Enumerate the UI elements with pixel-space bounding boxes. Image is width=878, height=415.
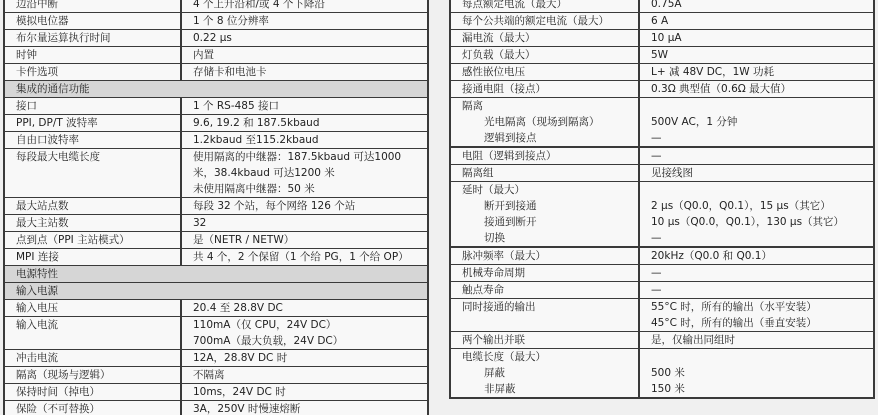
spec-sublabel: 接通到断开 [462, 214, 638, 230]
spec-label: 漏电流（最大） [450, 30, 639, 47]
spec-value: 110mA（仅 CPU，24V DC）700mA（最大负载，24V DC） [181, 317, 428, 350]
spec-value-line: 1 个 RS-485 接口 [193, 98, 427, 114]
spec-value-line: — [651, 148, 873, 164]
spec-label: 隔离组 [450, 165, 639, 182]
spec-value: 2 μs（Q0.0，Q0.1），15 μs（其它）10 μs（Q0.0，Q0.1… [639, 182, 874, 248]
spec-label: 冲击电流 [4, 350, 181, 367]
spec-sublabel: 光电隔离（现场到隔离） [462, 114, 638, 130]
spec-value-line: 4 个上升沿和/或 4 个下降沿 [193, 0, 427, 12]
spec-row: 边沿中断4 个上升沿和/或 4 个下降沿 [4, 0, 428, 13]
spec-label: 机械寿命周期 [450, 265, 639, 282]
spec-row: 感性嵌位电压L+ 减 48V DC，1W 功耗 [450, 64, 874, 81]
spec-value-line: 9.6, 19.2 和 187.5kbaud [193, 115, 427, 131]
spec-value: 10ms，24V DC 时 [181, 384, 428, 401]
spec-row: 布尔量运算执行时间0.22 μs [4, 30, 428, 47]
spec-label: 电缆长度（最大）屏蔽非屏蔽 [450, 349, 639, 399]
spec-value-line: 20.4 至 28.8V DC [193, 300, 427, 316]
spec-value-line: 0.3Ω 典型值（0.6Ω 最大值） [651, 81, 873, 97]
spec-label: PPI, DP/T 波特率 [4, 115, 181, 132]
spec-row: 自由口波特率1.2kbaud 至115.2kbaud [4, 132, 428, 149]
spec-value-line: 32 [193, 215, 427, 231]
spec-label: 时钟 [4, 47, 181, 64]
spec-row: 漏电流（最大）10 μA [450, 30, 874, 47]
spec-label-text: 每点额定电流（最大） [462, 0, 638, 12]
spec-label: 两个输出并联 [450, 332, 639, 349]
section-title: 电源特性 [4, 266, 428, 283]
spec-row: 保险（不可替换）3A，250V 时慢速熔断 [4, 401, 428, 415]
spec-value-line: 见接线图 [651, 165, 873, 181]
spec-label: 每点额定电流（最大） [450, 0, 639, 13]
spec-value: L+ 减 48V DC，1W 功耗 [639, 64, 874, 81]
spec-row: 冲击电流12A，28.8V DC 时 [4, 350, 428, 367]
spec-value-line: 米，38.4kbaud 可达1200 米 [193, 165, 427, 181]
spec-label: 每段最大电缆长度 [4, 149, 181, 198]
spec-label-text: 输入电压 [16, 300, 180, 316]
spec-row: 隔离（现场与逻辑）不隔离 [4, 367, 428, 384]
spec-value: 32 [181, 215, 428, 232]
spec-label-text: 感性嵌位电压 [462, 64, 638, 80]
spec-label-text: 保险（不可替换） [16, 401, 180, 415]
spec-value-line: 使用隔离的中继器：187.5kbaud 可达1000 [193, 149, 427, 165]
spec-row: 隔离光电隔离（现场到隔离）逻辑到接点500V AC，1 分钟— [450, 98, 874, 148]
spec-label: 输入电压 [4, 300, 181, 317]
spec-value-line: 12A，28.8V DC 时 [193, 350, 427, 366]
spec-value: 20.4 至 28.8V DC [181, 300, 428, 317]
spec-row: 电阻（逻辑到接点）— [450, 147, 874, 165]
spec-label-text: 延时（最大） [462, 182, 638, 198]
spec-row: 延时（最大）断开到接通接通到断开切换2 μs（Q0.0，Q0.1），15 μs（… [450, 182, 874, 248]
spec-value-line: 1 个 8 位分辨率 [193, 13, 427, 29]
spec-value-line: 0.75A [651, 0, 873, 12]
spec-label-text: 卡件选项 [16, 64, 180, 80]
spec-value-line: 每段 32 个站，每个网络 126 个站 [193, 198, 427, 214]
spec-label-text: 隔离（现场与逻辑） [16, 367, 180, 383]
spec-label: 灯负载（最大） [450, 47, 639, 64]
spec-row: 模拟电位器1 个 8 位分辨率 [4, 13, 428, 30]
spec-label-text: MPI 连接 [16, 249, 180, 265]
spec-row: 点到点（PPI 主站模式）是（NETR / NETW） [4, 232, 428, 249]
spec-value: 是，仅输出同组时 [639, 332, 874, 349]
spec-label-text: 电缆长度（最大） [462, 349, 638, 365]
spec-row: 触点寿命— [450, 282, 874, 299]
spec-label: 触点寿命 [450, 282, 639, 299]
spec-row: 最大站点数每段 32 个站，每个网络 126 个站 [4, 198, 428, 215]
spec-label: 边沿中断 [4, 0, 181, 13]
spec-value-line: 不隔离 [193, 367, 427, 383]
spec-label: 自由口波特率 [4, 132, 181, 149]
spec-label-text: 模拟电位器 [16, 13, 180, 29]
spec-sublabel: 非屏蔽 [462, 381, 638, 397]
spec-row: 接通电阻（接点）0.3Ω 典型值（0.6Ω 最大值） [450, 81, 874, 98]
spec-value-line: — [651, 265, 873, 281]
spec-value-line: 存储卡和电池卡 [193, 64, 427, 80]
spec-value-line: — [651, 230, 873, 246]
spec-label-text: 输入电流 [16, 317, 180, 333]
section-header-row: 电源特性 [4, 266, 428, 283]
spec-value-line [651, 98, 873, 114]
spec-value: 0.3Ω 典型值（0.6Ω 最大值） [639, 81, 874, 98]
spec-value-line: 3A，250V 时慢速熔断 [193, 401, 427, 415]
spec-value: 见接线图 [639, 165, 874, 182]
spec-label: 隔离（现场与逻辑） [4, 367, 181, 384]
spec-label: 接口 [4, 98, 181, 115]
spec-value-line: 10ms，24V DC 时 [193, 384, 427, 400]
spec-row: 每点额定电流（最大）0.75A [450, 0, 874, 13]
spec-row: 脉冲频率（最大）20kHz（Q0.0 和 Q0.1） [450, 247, 874, 265]
spec-value-line: 500 米 [651, 365, 873, 381]
spec-value: 500 米150 米 [639, 349, 874, 399]
spec-label-text: 自由口波特率 [16, 132, 180, 148]
spec-value-line: — [651, 282, 873, 298]
spec-row: 电缆长度（最大）屏蔽非屏蔽500 米150 米 [450, 349, 874, 399]
spec-label-text: 电阻（逻辑到接点） [462, 148, 638, 164]
spec-label-text: 冲击电流 [16, 350, 180, 366]
spec-value: 9.6, 19.2 和 187.5kbaud [181, 115, 428, 132]
spec-value: 0.75A [639, 0, 874, 13]
spec-value-line: 1.2kbaud 至115.2kbaud [193, 132, 427, 148]
spec-value: 内置 [181, 47, 428, 64]
spec-label-text: 隔离 [462, 98, 638, 114]
spec-value-line: 45°C 时，所有的输出（垂直安装） [651, 315, 873, 331]
spec-value: 是（NETR / NETW） [181, 232, 428, 249]
spec-value-line: 未使用隔离中继器：50 米 [193, 181, 427, 197]
spec-label-text: 两个输出并联 [462, 332, 638, 348]
spec-sublabel: 切换 [462, 230, 638, 246]
spec-label-text: 最大站点数 [16, 198, 180, 214]
spec-label-text: 机械寿命周期 [462, 265, 638, 281]
spec-label-text: 保持时间（掉电） [16, 384, 180, 400]
spec-value-line [651, 182, 873, 198]
spec-value: 共 4 个，2 个保留（1 个给 PG，1 个给 OP） [181, 249, 428, 266]
spec-label-text: 同时接通的输出 [462, 299, 638, 315]
spec-label: 隔离光电隔离（现场到隔离）逻辑到接点 [450, 98, 639, 148]
spec-row: 保持时间（掉电）10ms，24V DC 时 [4, 384, 428, 401]
spec-value-line: 2 μs（Q0.0，Q0.1），15 μs（其它） [651, 198, 873, 214]
spec-value-line [651, 349, 873, 365]
spec-label: 延时（最大）断开到接通接通到断开切换 [450, 182, 639, 248]
spec-value: 1 个 RS-485 接口 [181, 98, 428, 115]
spec-label-text: 接口 [16, 98, 180, 114]
spec-row: 每个公共端的额定电流（最大）6 A [450, 13, 874, 30]
spec-label-text: 每段最大电缆长度 [16, 149, 180, 165]
spec-value: 3A，250V 时慢速熔断 [181, 401, 428, 415]
spec-row: MPI 连接共 4 个，2 个保留（1 个给 PG，1 个给 OP） [4, 249, 428, 266]
spec-row: 两个输出并联是，仅输出同组时 [450, 332, 874, 349]
spec-label: 保持时间（掉电） [4, 384, 181, 401]
spec-row: 每段最大电缆长度使用隔离的中继器：187.5kbaud 可达1000米，38.4… [4, 149, 428, 198]
spec-row: PPI, DP/T 波特率9.6, 19.2 和 187.5kbaud [4, 115, 428, 132]
spec-label: 保险（不可替换） [4, 401, 181, 415]
spec-label-text: 隔离组 [462, 165, 638, 181]
spec-value: — [639, 147, 874, 165]
spec-row: 输入电流110mA（仅 CPU，24V DC）700mA（最大负载，24V DC… [4, 317, 428, 350]
spec-value: 使用隔离的中继器：187.5kbaud 可达1000米，38.4kbaud 可达… [181, 149, 428, 198]
spec-value: 55°C 时，所有的输出（水平安装）45°C 时，所有的输出（垂直安装） [639, 299, 874, 332]
spec-value: 每段 32 个站，每个网络 126 个站 [181, 198, 428, 215]
spec-value-line: 是（NETR / NETW） [193, 232, 427, 248]
spec-label-text: 点到点（PPI 主站模式） [16, 232, 180, 248]
spec-sublabel: 断开到接通 [462, 198, 638, 214]
section-header-row: 集成的通信功能 [4, 81, 428, 98]
spec-value: 6 A [639, 13, 874, 30]
spec-value: 1.2kbaud 至115.2kbaud [181, 132, 428, 149]
spec-label: 最大主站数 [4, 215, 181, 232]
spec-value-line: 500V AC，1 分钟 [651, 114, 873, 130]
spec-row: 同时接通的输出55°C 时，所有的输出（水平安装）45°C 时，所有的输出（垂直… [450, 299, 874, 332]
spec-row: 输入电压20.4 至 28.8V DC [4, 300, 428, 317]
spec-value-line: 110mA（仅 CPU，24V DC） [193, 317, 427, 333]
spec-value: 不隔离 [181, 367, 428, 384]
spec-value-line: 内置 [193, 47, 427, 63]
spec-sublabel: 屏蔽 [462, 365, 638, 381]
spec-value-line: 20kHz（Q0.0 和 Q0.1） [651, 248, 873, 264]
spec-row: 灯负载（最大）5W [450, 47, 874, 64]
spec-label: 模拟电位器 [4, 13, 181, 30]
spec-label: 脉冲频率（最大） [450, 247, 639, 265]
spec-label-text: 每个公共端的额定电流（最大） [462, 13, 638, 29]
spec-label: 电阻（逻辑到接点） [450, 147, 639, 165]
spec-label-text: 边沿中断 [16, 0, 180, 12]
spec-value-line: 150 米 [651, 381, 873, 397]
spec-label-text: 脉冲频率（最大） [462, 248, 638, 264]
spec-value: 500V AC，1 分钟— [639, 98, 874, 148]
spec-label-text: 布尔量运算执行时间 [16, 30, 180, 46]
spec-label: 每个公共端的额定电流（最大） [450, 13, 639, 30]
spec-value: — [639, 282, 874, 299]
spec-value-line: 6 A [651, 13, 873, 29]
spec-label-text: PPI, DP/T 波特率 [16, 115, 180, 131]
spec-value-line: L+ 减 48V DC，1W 功耗 [651, 64, 873, 80]
spec-value: 20kHz（Q0.0 和 Q0.1） [639, 247, 874, 265]
spec-label-text: 时钟 [16, 47, 180, 63]
spec-label: 布尔量运算执行时间 [4, 30, 181, 47]
section-title: 输入电源 [4, 283, 428, 300]
spec-value-line: 是，仅输出同组时 [651, 332, 873, 348]
spec-value: 存储卡和电池卡 [181, 64, 428, 81]
spec-label: 接通电阻（接点） [450, 81, 639, 98]
spec-row: 机械寿命周期— [450, 265, 874, 282]
spec-value-line: — [651, 130, 873, 146]
spec-value: 0.22 μs [181, 30, 428, 47]
spec-value-line: 700mA（最大负载，24V DC） [193, 333, 427, 349]
spec-label: 输入电流 [4, 317, 181, 350]
spec-label: 同时接通的输出 [450, 299, 639, 332]
spec-label-text: 漏电流（最大） [462, 30, 638, 46]
spec-sublabel: 逻辑到接点 [462, 130, 638, 146]
spec-value-line: 10 μA [651, 30, 873, 46]
spec-value-line: 5W [651, 47, 873, 63]
section-header-row: 输入电源 [4, 283, 428, 300]
spec-value-line: 0.22 μs [193, 30, 427, 46]
spec-value-line: 10 μs（Q0.0，Q0.1），130 μs（其它） [651, 214, 873, 230]
spec-value: 5W [639, 47, 874, 64]
spec-value: 4 个上升沿和/或 4 个下降沿 [181, 0, 428, 13]
spec-label: MPI 连接 [4, 249, 181, 266]
spec-value-line: 共 4 个，2 个保留（1 个给 PG，1 个给 OP） [193, 249, 427, 265]
spec-row: 接口1 个 RS-485 接口 [4, 98, 428, 115]
spec-value: — [639, 265, 874, 282]
output-spec-table-right: 每点额定电流（最大）0.75A每个公共端的额定电流（最大）6 A漏电流（最大）1… [449, 0, 875, 399]
spec-row: 时钟内置 [4, 47, 428, 64]
spec-value: 1 个 8 位分辨率 [181, 13, 428, 30]
spec-value-line: 55°C 时，所有的输出（水平安装） [651, 299, 873, 315]
spec-label-text: 接通电阻（接点） [462, 81, 638, 97]
spec-label: 卡件选项 [4, 64, 181, 81]
spec-value: 12A，28.8V DC 时 [181, 350, 428, 367]
spec-label-text: 灯负载（最大） [462, 47, 638, 63]
spec-row: 最大主站数32 [4, 215, 428, 232]
spec-label: 感性嵌位电压 [450, 64, 639, 81]
spec-row: 隔离组见接线图 [450, 165, 874, 182]
spec-label-text: 最大主站数 [16, 215, 180, 231]
spec-label-text: 触点寿命 [462, 282, 638, 298]
spec-label: 最大站点数 [4, 198, 181, 215]
section-title: 集成的通信功能 [4, 81, 428, 98]
spec-value: 10 μA [639, 30, 874, 47]
cpu-spec-table-left: 边沿中断4 个上升沿和/或 4 个下降沿模拟电位器1 个 8 位分辨率布尔量运算… [3, 0, 429, 415]
spec-label: 点到点（PPI 主站模式） [4, 232, 181, 249]
spec-row: 卡件选项存储卡和电池卡 [4, 64, 428, 81]
